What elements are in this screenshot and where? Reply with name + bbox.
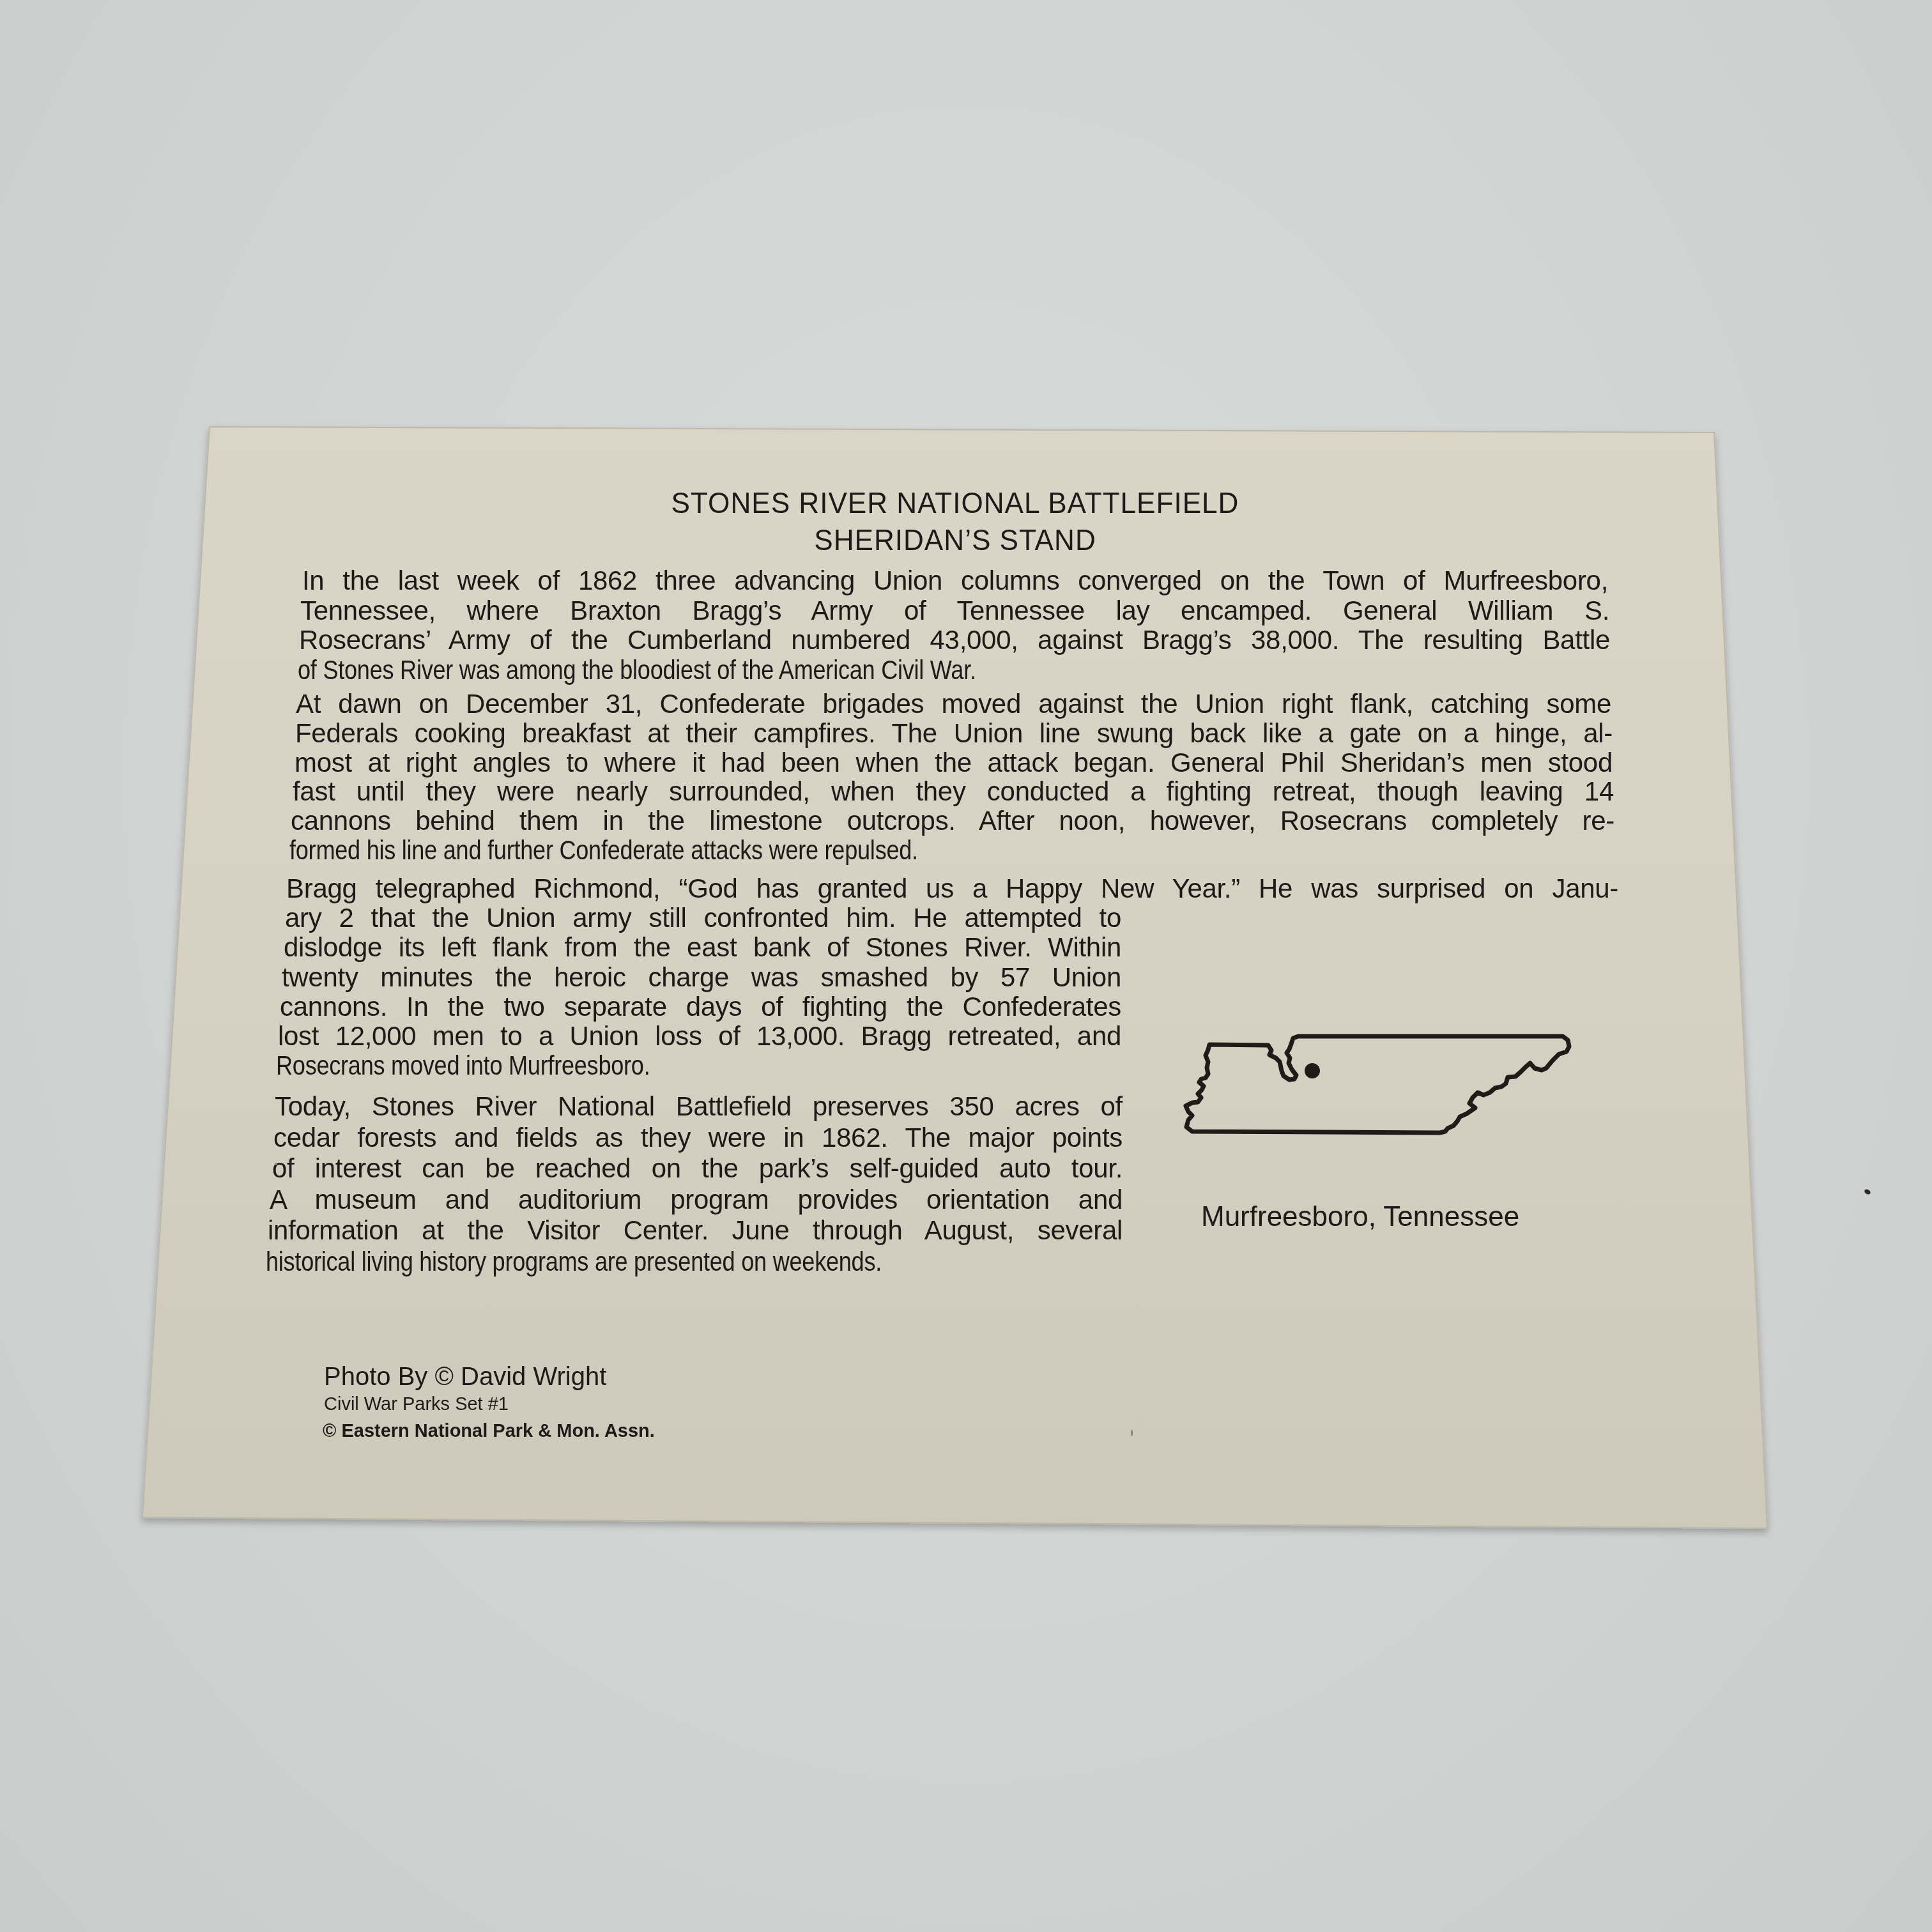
set-label: Civil War Parks Set #1 <box>324 1394 509 1415</box>
murfreesboro-location-dot <box>1305 1063 1320 1078</box>
paragraph-line: Federals cooking breakfast at their camp… <box>295 718 1613 749</box>
photo-scene: STONES RIVER NATIONAL BATTLEFIELD SHERID… <box>0 0 1932 1932</box>
paragraph-line: fast until they were nearly surrounded, … <box>293 776 1614 807</box>
paragraph-line: ary 2 that the Union army still confront… <box>285 903 1121 933</box>
paragraph-line: Rosecrans moved into Murfreesboro. <box>276 1050 650 1081</box>
dust-speck <box>1131 1430 1133 1436</box>
paragraph-line: cannons. In the two separate days of fig… <box>280 992 1121 1022</box>
paragraph-line: At dawn on December 31, Confederate brig… <box>296 689 1611 719</box>
paragraph-line: of interest can be reached on the park’s… <box>272 1153 1123 1184</box>
paragraph-line: twenty minutes the heroic charge was sma… <box>282 962 1121 993</box>
paragraph-line: Bragg telegraphed Richmond, “God has gra… <box>286 873 1618 904</box>
map-caption: Murfreesboro, Tennessee <box>1201 1201 1519 1233</box>
tennessee-map-icon <box>1169 1022 1584 1150</box>
paragraph-line: In the last week of 1862 three advancing… <box>302 565 1608 596</box>
paragraph-line: lost 12,000 men to a Union loss of 13,00… <box>278 1021 1121 1052</box>
paragraph-line: information at the Visitor Center. June … <box>268 1215 1123 1246</box>
dust-speck <box>275 1163 277 1165</box>
copyright-notice: © Eastern National Park & Mon. Assn. <box>323 1421 655 1442</box>
paragraph-line: Rosecrans’ Army of the Cumberland number… <box>299 625 1610 655</box>
paragraph-line: cannons behind them in the limestone out… <box>291 806 1614 836</box>
paragraph-line: formed his line and further Confederate … <box>289 835 918 866</box>
paragraph-line: Today, Stones River National Battlefield… <box>275 1091 1123 1122</box>
photo-credit: Photo By © David Wright <box>324 1363 606 1391</box>
paragraph-line: A museum and auditorium program provides… <box>270 1184 1123 1215</box>
paragraph-line: cedar forests and fields as they were in… <box>273 1123 1123 1153</box>
paragraph-line: Tennessee, where Braxton Bragg’s Army of… <box>300 595 1609 626</box>
tennessee-outline <box>1186 1036 1569 1133</box>
card-title: STONES RIVER NATIONAL BATTLEFIELD <box>556 486 1354 520</box>
paragraph-line: historical living history programs are p… <box>266 1246 882 1277</box>
paragraph-line: most at right angles to where it had bee… <box>295 747 1613 778</box>
paragraph-line: dislodge its left flank from the east ba… <box>284 932 1121 963</box>
card-subtitle: SHERIDAN’S STAND <box>556 523 1354 557</box>
paragraph-line: of Stones River was among the bloodiest … <box>298 655 976 686</box>
